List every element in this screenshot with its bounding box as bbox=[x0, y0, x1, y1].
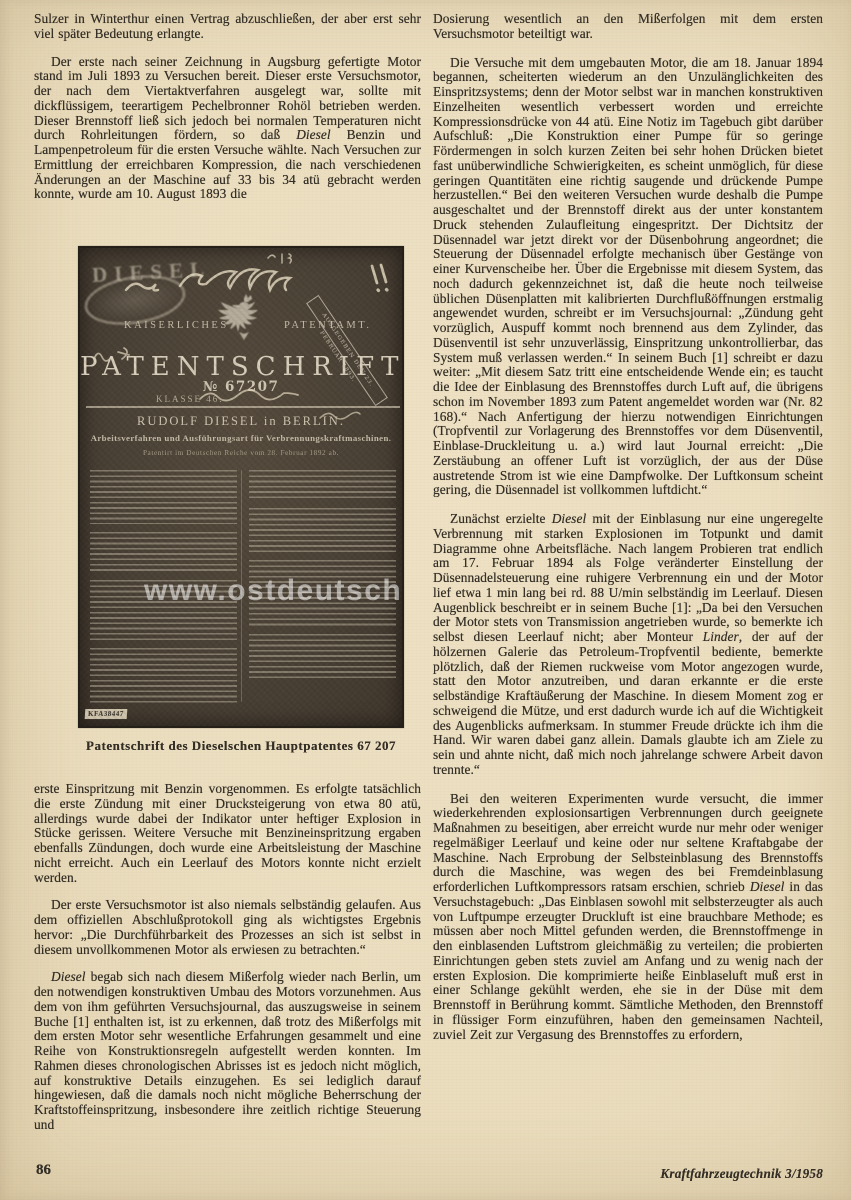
patent-text-lines bbox=[249, 508, 396, 552]
paragraph: Der erste Versuchsmotor ist also niemals… bbox=[34, 898, 421, 957]
patent-text-lines bbox=[249, 634, 396, 678]
left-column: Sulzer in Winterthur einen Vertrag abzus… bbox=[34, 12, 421, 1133]
paragraph: Der erste nach seiner Zeichnung in Augsb… bbox=[34, 55, 421, 203]
archive-code-chip: KFA38447 bbox=[85, 709, 127, 719]
watermark-text: www.ostdeutsch bbox=[144, 574, 402, 608]
paragraph: Bei den weiteren Experimenten wurde vers… bbox=[433, 792, 823, 1043]
page-number: 86 bbox=[36, 1162, 51, 1179]
patent-class-label: KLASSE 46. bbox=[156, 394, 224, 404]
paragraph: Sulzer in Winterthur einen Vertrag abzus… bbox=[34, 12, 421, 42]
patent-text-lines bbox=[90, 532, 237, 572]
office-name-left: KAISERLICHES bbox=[124, 320, 229, 331]
patent-figure: DIESEL KAISERLICHES PATENTAMT. bbox=[78, 246, 404, 754]
paragraph: Zunächst erzielte Diesel mit der Einblas… bbox=[433, 512, 823, 778]
paragraph: erste Einspritzung mit Benzin vorgenomme… bbox=[34, 782, 421, 885]
patent-date-line: Patentirt im Deutschen Reiche vom 28. Fe… bbox=[80, 449, 402, 457]
inventor-line: RUDOLF DIESEL in BERLIN. bbox=[80, 414, 402, 429]
patent-title: PATENTSCHRIFT bbox=[80, 352, 402, 382]
figure-caption: Patentschrift des Dieselschen Hauptpaten… bbox=[78, 738, 404, 754]
right-column: Dosierung wesentlich an den Mißerfolgen … bbox=[433, 12, 823, 1042]
patent-subject-line: Arbeitsverfahren und Ausführungsart für … bbox=[80, 433, 402, 443]
patent-number: № 67207 bbox=[80, 379, 402, 395]
patent-text-lines bbox=[90, 648, 237, 704]
scanned-journal-page: Sulzer in Winterthur einen Vertrag abzus… bbox=[0, 0, 851, 1200]
paragraph: Die Versuche mit dem umgebauten Motor, d… bbox=[433, 56, 823, 499]
paragraph: Dosierung wesentlich an den Mißerfolgen … bbox=[433, 12, 823, 42]
patent-text-lines bbox=[90, 470, 237, 524]
patent-document-image: DIESEL KAISERLICHES PATENTAMT. bbox=[78, 246, 404, 728]
journal-footer: Kraftfahrzeugtechnik 3/1958 bbox=[433, 1166, 823, 1182]
patent-text-lines bbox=[249, 470, 396, 500]
paragraph: Diesel begab sich nach diesem Mißerfolg … bbox=[34, 970, 421, 1132]
patent-rule bbox=[86, 406, 400, 408]
